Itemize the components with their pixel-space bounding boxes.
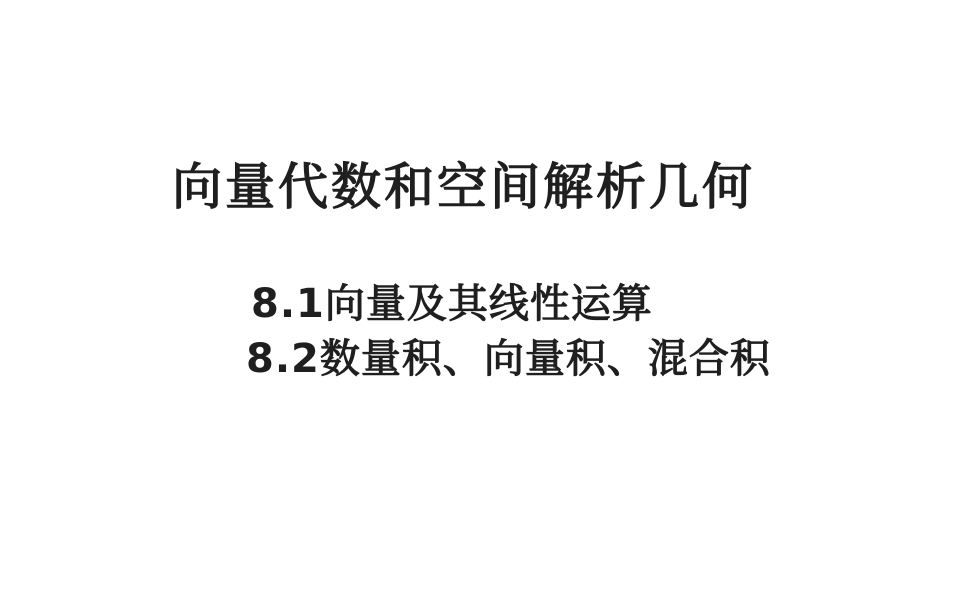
slide: 向量代数和空间解析几何 8.1向量及其线性运算 8.2数量积、向量积、混合积 — [0, 0, 980, 612]
section-heading-8-1: 8.1向量及其线性运算 — [251, 280, 653, 328]
section-heading-8-2: 8.2数量积、向量积、混合积 — [246, 335, 771, 383]
slide-title: 向量代数和空间解析几何 — [172, 158, 782, 216]
